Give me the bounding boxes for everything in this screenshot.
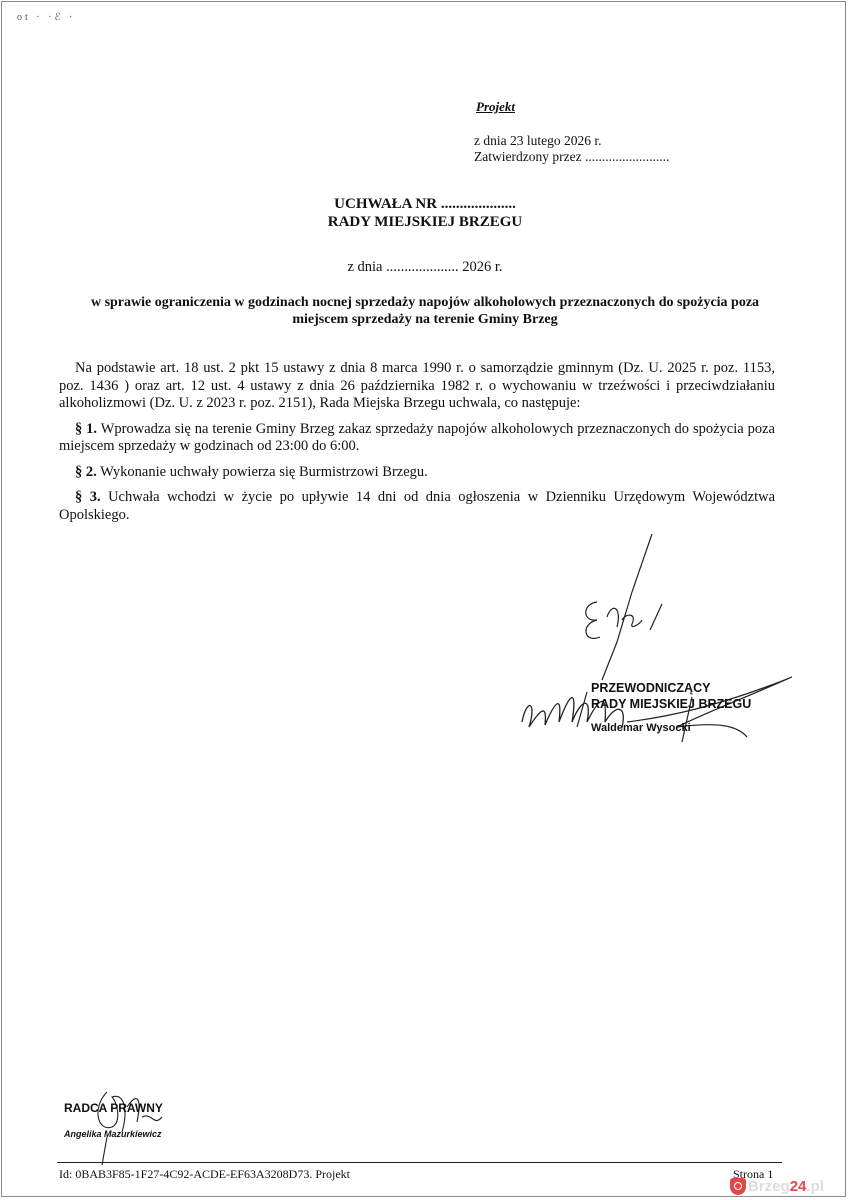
stamp-title-2: RADY MIEJSKIEJ BRZEGU bbox=[591, 696, 751, 712]
handwritten-signature-counsel bbox=[82, 1087, 172, 1167]
counsel-name: Angelika Mazurkiewicz bbox=[64, 1129, 162, 1139]
chairman-name: Waldemar Wysocki bbox=[591, 720, 751, 736]
paragraph-text: Uchwała wchodzi w życie po upływie 14 dn… bbox=[59, 489, 775, 523]
watermark-text-3: .pl bbox=[806, 1178, 824, 1195]
chairman-stamp: PRZEWODNICZĄCY RADY MIEJSKIEJ BRZEGU Wal… bbox=[591, 680, 751, 736]
counsel-title: RADCA PRAWNY bbox=[64, 1101, 163, 1115]
preamble: Na podstawie art. 18 ust. 2 pkt 15 ustaw… bbox=[59, 360, 775, 413]
draft-label: Projekt bbox=[476, 99, 515, 115]
resolution-date: z dnia .................... 2026 r. bbox=[2, 259, 848, 276]
paragraph-text: Wykonanie uchwały powierza się Burmistrz… bbox=[97, 464, 428, 480]
watermark-text-1: Brzeg bbox=[748, 1178, 790, 1195]
draft-date: z dnia 23 lutego 2026 r. bbox=[474, 133, 669, 149]
resolution-title: UCHWAŁA NR .................... RADY MIE… bbox=[2, 195, 848, 231]
document-id: Id: 0BAB3F85-1F27-4C92-ACDE-EF63A3208D73… bbox=[59, 1167, 350, 1182]
resolution-body: Na podstawie art. 18 ust. 2 pkt 15 ustaw… bbox=[59, 360, 775, 532]
document-page: ot · ·ℰ · Projekt z dnia 23 lutego 2026 … bbox=[1, 1, 846, 1197]
approved-by: Zatwierdzony przez .....................… bbox=[474, 149, 669, 165]
scan-mark: ot · ·ℰ · bbox=[17, 12, 75, 23]
paragraph-text: Wprowadza się na terenie Gminy Brzeg zak… bbox=[59, 421, 775, 455]
paragraph-1: § 1. Wprowadza się na terenie Gminy Brze… bbox=[59, 421, 775, 456]
site-watermark: Brzeg 24 .pl bbox=[730, 1178, 824, 1195]
brzeg24-logo-icon bbox=[730, 1178, 746, 1195]
title-line-2: RADY MIEJSKIEJ BRZEGU bbox=[2, 213, 848, 231]
watermark-text-2: 24 bbox=[790, 1178, 807, 1195]
paragraph-number: § 2. bbox=[75, 464, 97, 480]
stamp-title-1: PRZEWODNICZĄCY bbox=[591, 680, 751, 696]
resolution-subject: w sprawie ograniczenia w godzinach nocne… bbox=[82, 294, 768, 328]
paragraph-3: § 3. Uchwała wchodzi w życie po upływie … bbox=[59, 489, 775, 524]
handwritten-signature-initials bbox=[562, 532, 672, 682]
paragraph-2: § 2. Wykonanie uchwały powierza się Burm… bbox=[59, 464, 775, 482]
footer-divider bbox=[57, 1162, 782, 1163]
paragraph-number: § 1. bbox=[75, 421, 97, 437]
paragraph-number: § 3. bbox=[75, 489, 101, 505]
title-line-1: UCHWAŁA NR .................... bbox=[2, 195, 848, 213]
draft-meta: z dnia 23 lutego 2026 r. Zatwierdzony pr… bbox=[474, 133, 669, 165]
